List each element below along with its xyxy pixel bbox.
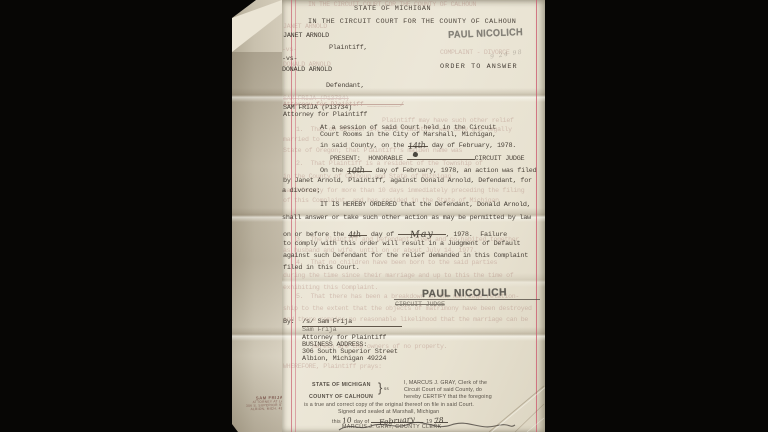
plaintiff-name: JANET ARNOLD [283, 33, 329, 40]
order-line-1: IT IS HEREBY ORDERED that the Defendant,… [320, 202, 531, 209]
bleedthrough-line: during the time since their marriage and… [283, 272, 513, 279]
order-line-5: against such Defendant for the relief de… [283, 253, 528, 260]
paul-nicolich-stamp-judge: PAUL NICOLICH [422, 286, 507, 300]
bleedthrough-line: WHEREFORE, Plaintiff prays: [283, 363, 382, 370]
cert-county: COUNTY OF CALHOUN [309, 394, 373, 401]
versus: -vs- [282, 56, 297, 63]
cert-state: STATE OF MICHIGAN [312, 382, 371, 389]
cert-full-line: is a true and correct copy of the origin… [304, 402, 474, 409]
cert-right-2: Circuit Court of said County, do [404, 387, 482, 394]
session-line-3: in said County, on the 14th day of Febru… [320, 140, 516, 150]
folded-page-strip [232, 0, 282, 432]
present-line: PRESENT: HONORABLE CIRCUIT JUDGE [330, 153, 524, 163]
action-line-1: On the 10th day of February, 1978, an ac… [320, 165, 536, 175]
handwritten-session-day: 14th [408, 140, 428, 147]
bleedthrough-line: Plaintiff may have such other relief [382, 117, 514, 124]
court-document-page: IN THE CIRCUIT COURT FOR THE COUNTY OF C… [282, 0, 545, 432]
cert-right-3: hereby CERTIFY that the foregoing [404, 394, 492, 401]
fold-shadow [232, 52, 282, 432]
document-photo: SAM FRIJA ATTORNEY AT LAW 306 S. SUPERIO… [0, 0, 768, 432]
document-title: ORDER TO ANSWER [440, 64, 518, 71]
action-line-2: by Janet Arnold, Plaintiff, against Dona… [283, 178, 532, 185]
bleedthrough-line: married to [283, 136, 320, 143]
attorney-role: Attorney for Plaintiff [283, 112, 367, 119]
order-line-4: to comply with this order will result in… [283, 241, 520, 248]
cert-clerk-line: MARCUS J. GRAY, COUNTY CLERK [342, 424, 442, 431]
bleedthrough-line: exhibiting this Complaint. [283, 284, 378, 291]
circuit-judge-typed: CIRCUIT JUDGE [395, 302, 445, 309]
action-line-3: a divorce; [282, 188, 320, 195]
fold-corner-highlight [232, 0, 282, 60]
cert-brace: } [378, 381, 383, 394]
handwritten-cert-year: 78 [434, 416, 448, 423]
by-signature-line: By: /s/ Sam Frija [283, 319, 402, 327]
handwritten-answer-day: 4th [348, 229, 367, 236]
session-line-2: Court Rooms in the City of Marshall, Mic… [320, 132, 496, 139]
address-city: Albion, Michigan 49224 [302, 356, 386, 363]
defendant-name: DONALD ARNOLD [282, 67, 332, 74]
handwritten-answer-month: May [398, 228, 446, 235]
handwritten-filing-day: 10th [347, 165, 372, 172]
state-heading: STATE OF MICHIGAN [354, 6, 431, 13]
bleedthrough-line: -vs- [282, 46, 297, 53]
right-margin-line [536, 0, 537, 432]
cert-signed-line: Signed and sealed at Marshall, Michigan [338, 409, 439, 416]
order-line-2: shall answer or take such other action a… [282, 215, 531, 222]
cert-ss: ss [384, 386, 389, 393]
cert-right-1: I, MARCUS J. GRAY, Clerk of the [404, 380, 487, 387]
defendant-label: Defendant, [326, 83, 364, 90]
order-line-6: filed in this Court. [283, 265, 360, 272]
paul-nicolich-stamp-top: PAUL NICOLICH [448, 27, 523, 41]
court-heading: IN THE CIRCUIT COURT FOR THE COUNTY OF C… [308, 19, 516, 26]
order-line-3: on or before the 4th day of May, 1978. F… [283, 228, 507, 239]
handwritten-cert-month: February [371, 416, 423, 423]
plaintiff-label: Plaintiff, [329, 45, 367, 52]
